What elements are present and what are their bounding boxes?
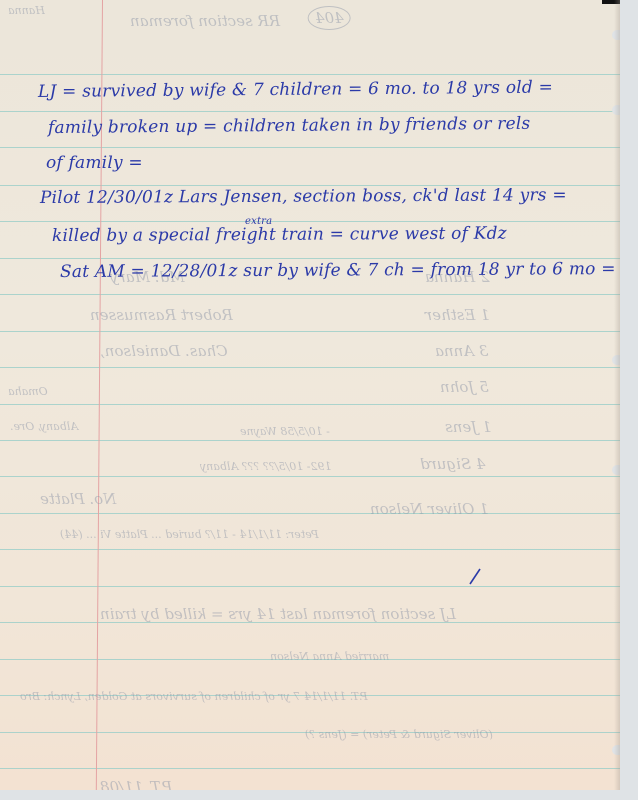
ruled-line <box>0 147 620 148</box>
bleed-child: 4 Sigurd <box>420 455 485 473</box>
bleed-child: 3 Anna <box>435 342 488 360</box>
ruled-line <box>0 768 620 769</box>
ruled-line <box>0 74 620 75</box>
bleed-line: married Anna Nelson <box>270 650 389 663</box>
handwritten-line-2: family broken up = children taken in by … <box>48 114 531 138</box>
line-4-prefix: Pilot <box>40 188 80 208</box>
bleed-date: 192- 10/5/?? ??? Albany <box>200 460 331 473</box>
edge-notch <box>612 105 620 115</box>
ruled-line <box>0 404 620 405</box>
ruled-line <box>0 549 620 550</box>
ruled-line <box>0 586 620 587</box>
edge-notch <box>612 745 620 755</box>
line-4-text: 12/30/01z Lars Jensen, section boss, ck'… <box>86 185 567 208</box>
edge-notch <box>612 30 620 40</box>
bleed-name: No. Platte <box>40 490 116 508</box>
bleed-header: Hanna <box>8 4 45 17</box>
bleed-child: 1 Jens <box>445 418 492 436</box>
bleed-line: LJ section foreman last 14 yrs = killed … <box>100 605 456 623</box>
ruled-line <box>0 331 620 332</box>
bleed-date: Peter: 11/1/14 - 11/? buried ... Platte … <box>60 528 319 541</box>
bleed-line: P.T. 11/1/14 7 yr of children of survivo… <box>20 690 368 703</box>
handwritten-line-1: LJ = survived by wife & 7 children = 6 m… <box>38 78 553 102</box>
bleed-child: 1 Esther <box>425 306 490 324</box>
ruled-line <box>0 476 620 477</box>
bleed-child: 5 John <box>440 378 489 396</box>
bleed-line: (Oliver Sigurd & Peter) = (Jens ?) <box>305 728 493 741</box>
scanned-page: Hanna RR section foreman 404 Md. Mary Ro… <box>0 0 620 790</box>
bleed-name: Robert Rasmussen <box>90 306 233 324</box>
edge-notch <box>612 465 620 475</box>
edge-notch <box>612 355 620 365</box>
bleed-date: - 10/5/58 Wayne <box>240 425 330 438</box>
ruled-line <box>0 367 620 368</box>
handwritten-line-4: Pilot 12/30/01z Lars Jensen, section bos… <box>40 185 567 208</box>
bleed-circled-number: 404 <box>308 6 351 30</box>
ruled-line <box>0 513 620 514</box>
bleed-name: Omaha <box>8 385 48 398</box>
handwritten-line-3: of family = <box>46 153 143 173</box>
ink-tick-mark <box>468 568 482 586</box>
bleed-child: 1 Oliver Nelson <box>370 500 489 518</box>
bleed-header: RR section foreman <box>130 12 280 30</box>
bleed-name: Albany, Ore. <box>10 420 78 433</box>
ruled-line <box>0 111 620 112</box>
scan-edge <box>602 0 620 4</box>
ruled-line <box>0 294 620 295</box>
ruled-line <box>0 440 620 441</box>
handwritten-line-6: Sat AM = 12/28/01z sur by wife & 7 ch = … <box>60 259 616 282</box>
handwritten-line-5: killed by a special freight train = curv… <box>52 224 507 246</box>
ruled-line <box>0 221 620 222</box>
bleed-line: P.T. 11/08 <box>100 778 172 790</box>
bleed-name: Chas. Danielson, <box>100 342 228 360</box>
